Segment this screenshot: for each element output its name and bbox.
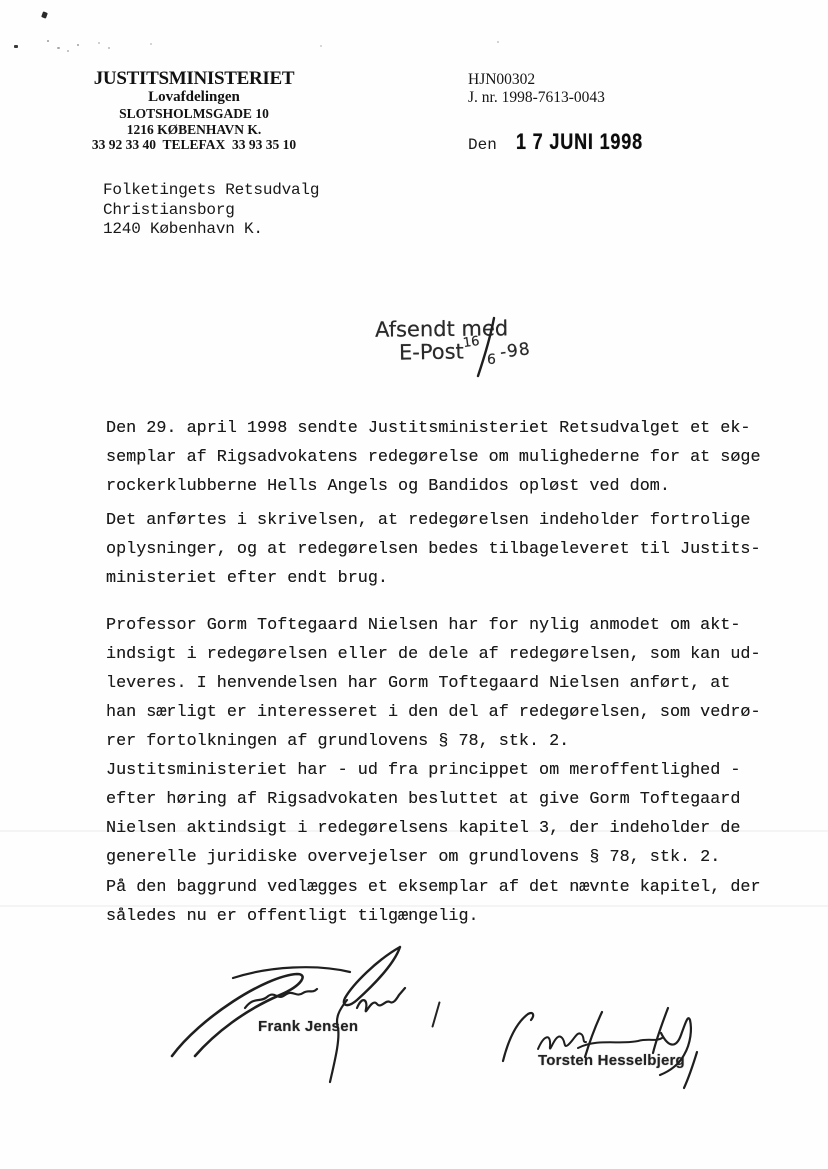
postal-city: 1216 KØBENHAVN K. [80,122,308,138]
paragraph: På den baggrund vedlægges et eksemplar a… [106,873,786,931]
scan-speck [150,43,152,45]
date-stamp: 1 7 JUNI 1998 [516,129,643,155]
scanned-letter-page: JUSTITSMINISTERIET Lovafdelingen SLOTSHO… [0,0,828,1169]
scan-speck [108,47,110,49]
recipient-building: Christiansborg [103,201,319,221]
file-code: HJN00302 [468,71,535,89]
recipient-block: Folketingets Retsudvalg Christiansborg 1… [103,181,319,240]
scan-speck [41,11,48,18]
scan-speck [320,45,322,47]
phone-fax-line: 33 92 33 40 TELEFAX 33 93 35 10 [80,137,308,153]
paragraph: Den 29. april 1998 sendte Justitsministe… [106,414,786,501]
letterhead-block: JUSTITSMINISTERIET Lovafdelingen SLOTSHO… [80,68,308,153]
dispatch-method: E-Post [399,339,464,364]
date-label: Den [468,136,497,154]
frank-jensen-signature [145,938,455,1088]
scan-speck [14,45,18,48]
recipient-name: Folketingets Retsudvalg [103,181,319,201]
paragraph: Professor Gorm Toftegaard Nielsen har fo… [106,611,786,756]
organization-name: JUSTITSMINISTERIET [80,68,308,89]
scan-speck [67,50,69,52]
torsten-hesselbjerg-signature [498,1003,713,1098]
department-name: Lovafdelingen [80,89,308,106]
scan-speck [47,40,49,42]
handwritten-slash-stroke [468,312,508,382]
scan-speck [57,47,60,49]
scan-speck [497,41,499,43]
paragraph: Justitsministeriet har - ud fra principp… [106,756,786,872]
scan-speck [77,44,79,46]
recipient-city: 1240 København K. [103,220,319,240]
journal-number: J. nr. 1998-7613-0043 [468,89,605,107]
street-address: SLOTSHOLMSGADE 10 [80,106,308,122]
paragraph: Det anførtes i skrivelsen, at redegørels… [106,506,786,593]
scan-speck [98,42,100,44]
